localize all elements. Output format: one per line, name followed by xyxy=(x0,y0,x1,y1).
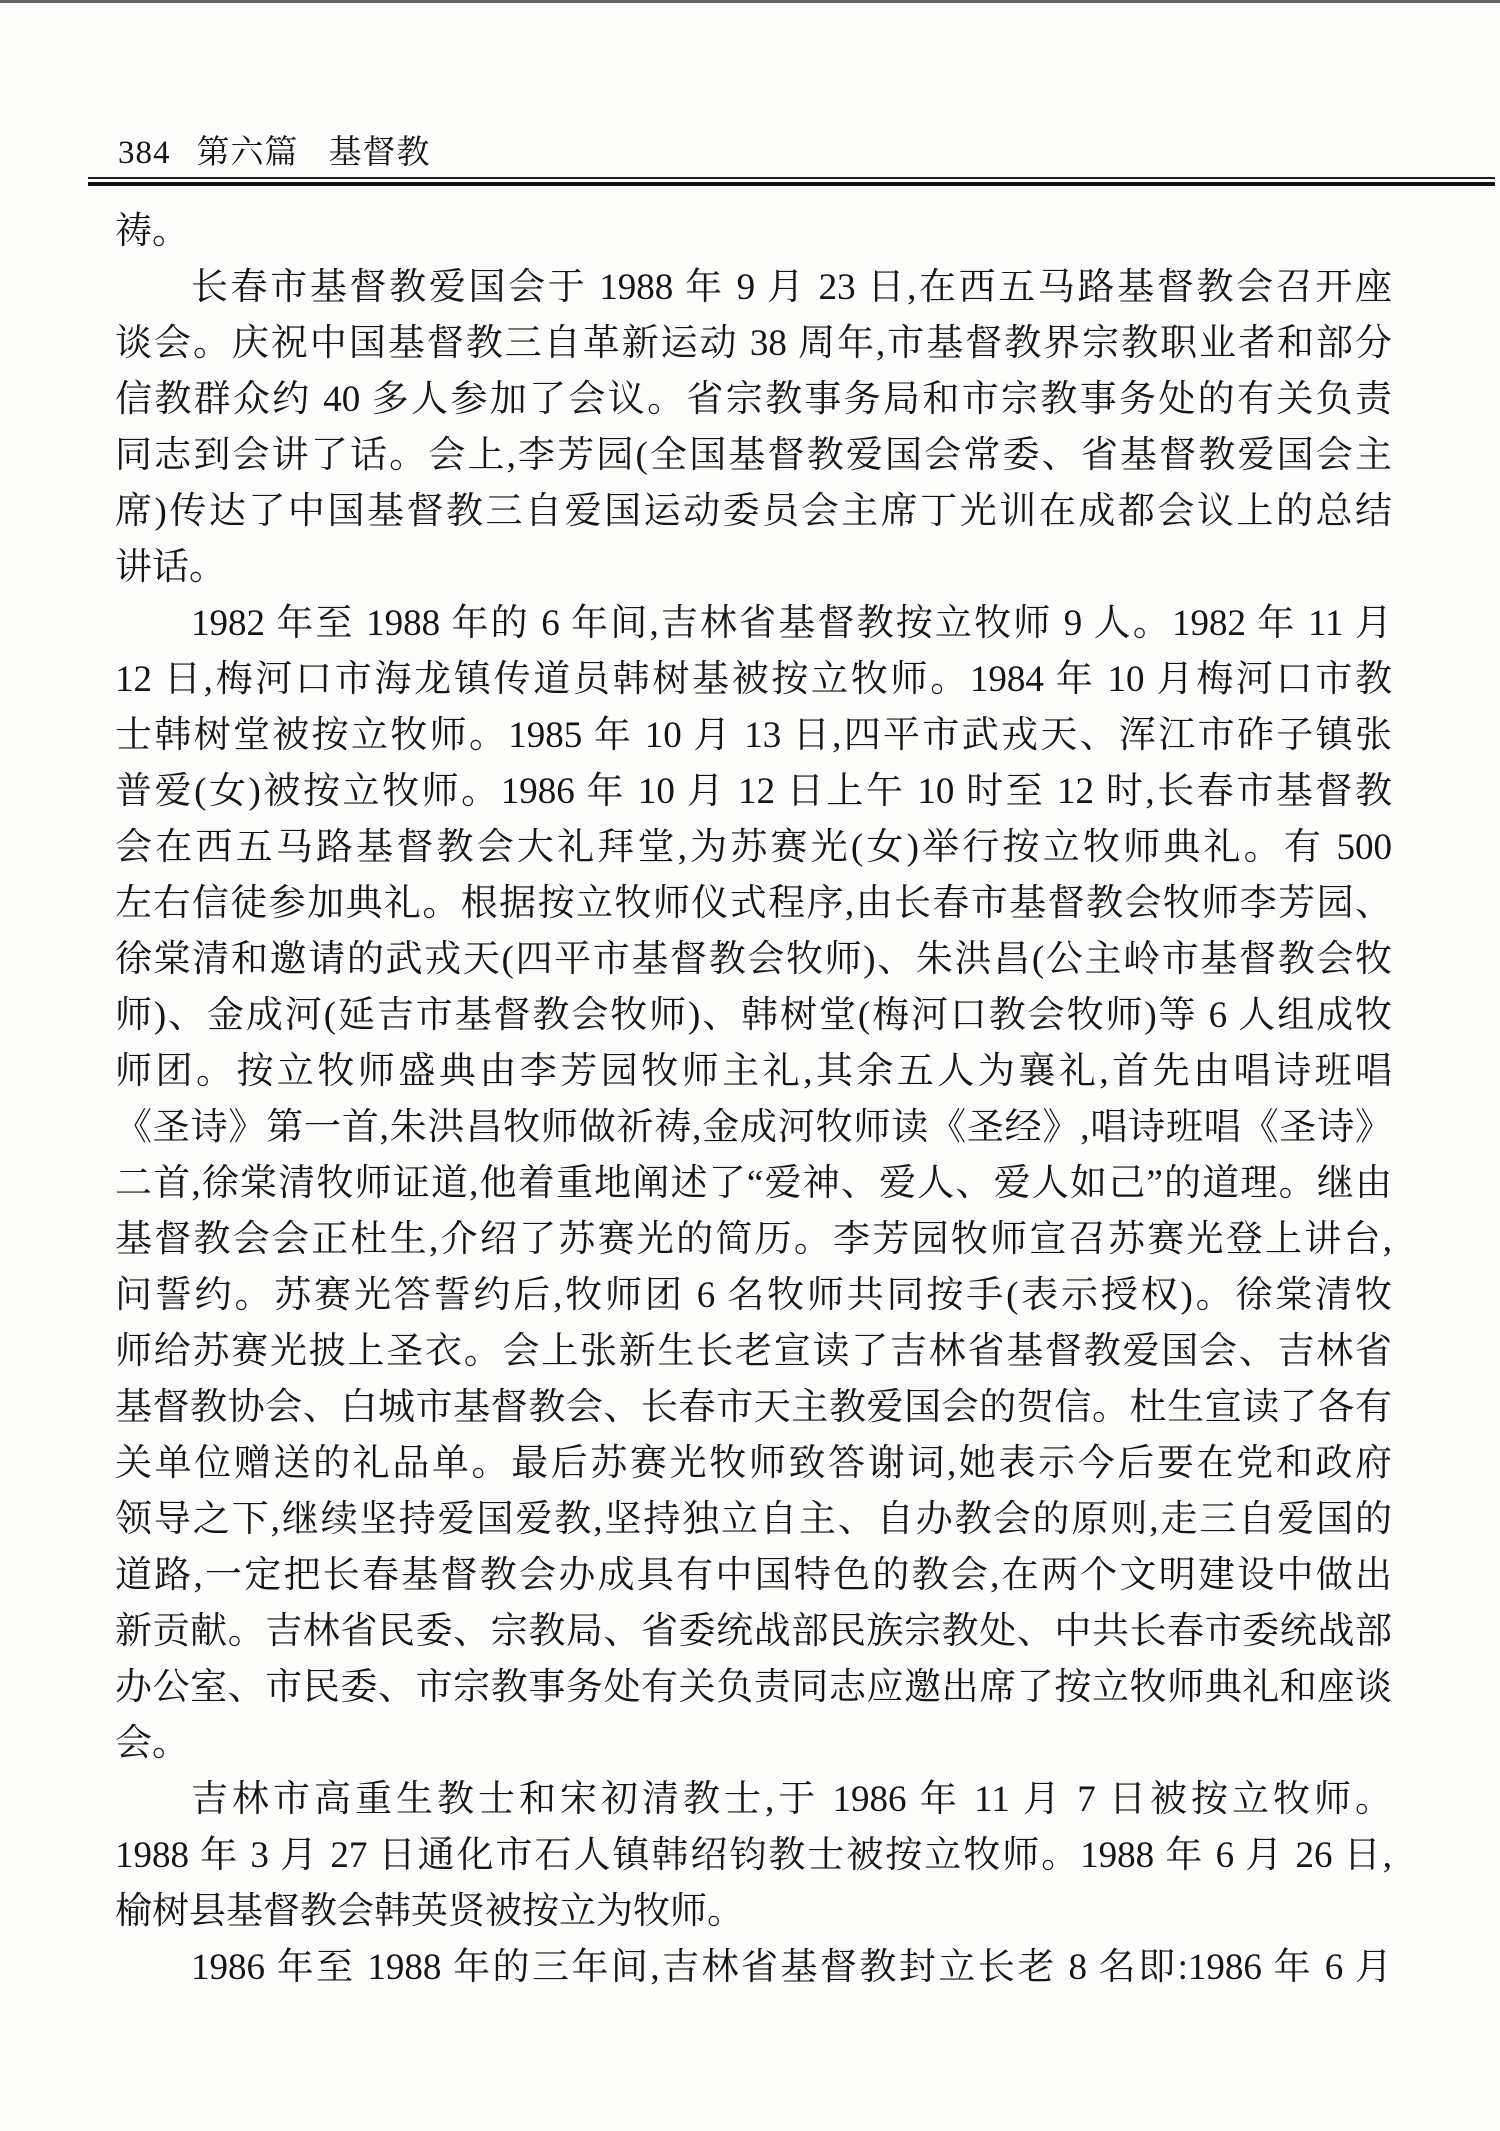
text-line: 祷。 xyxy=(115,204,1392,260)
text-line: 讲话。 xyxy=(115,540,1392,596)
text-line: 谈会。庆祝中国基督教三自革新运动 38 周年,市基督教界宗教职业者和部分 xyxy=(115,316,1392,372)
text-line: 二首,徐棠清牧师证道,他着重地阐述了“爱神、爱人、爱人如己”的道理。继由 xyxy=(115,1156,1392,1212)
text-line: 12 日,梅河口市海龙镇传道员韩树基被按立牧师。1984 年 10 月梅河口市教 xyxy=(115,652,1392,708)
section-title: 第六篇 xyxy=(197,126,299,173)
text-line: 信教群众约 40 多人参加了会议。省宗教事务局和市宗教事务处的有关负责 xyxy=(115,372,1392,428)
text-line: 问誓约。苏赛光答誓约后,牧师团 6 名牧师共同按手(表示授权)。徐棠清牧 xyxy=(115,1268,1392,1324)
header-double-rule xyxy=(88,177,1495,186)
text-line: 师团。按立牧师盛典由李芳园牧师主礼,其余五人为襄礼,首先由唱诗班唱 xyxy=(115,1044,1392,1100)
page-number: 384 xyxy=(118,135,171,172)
text-line: 基督教会会正杜生,介绍了苏赛光的简历。李芳园牧师宣召苏赛光登上讲台, xyxy=(115,1212,1392,1268)
text-line: 榆树县基督教会韩英贤被按立为牧师。 xyxy=(115,1884,1392,1940)
text-line: 席)传达了中国基督教三自爱国运动委员会主席丁光训在成都会议上的总结 xyxy=(115,484,1392,540)
text-line: 普爱(女)被按立牧师。1986 年 10 月 12 日上午 10 时至 12 时… xyxy=(115,764,1392,820)
text-line: 师给苏赛光披上圣衣。会上张新生长老宣读了吉林省基督教爱国会、吉林省 xyxy=(115,1324,1392,1380)
text-line: 左右信徒参加典礼。根据按立牧师仪式程序,由长春市基督教会牧师李芳园、 xyxy=(115,876,1392,932)
text-line: 1988 年 3 月 27 日通化市石人镇韩绍钧教士被按立牧师。1988 年 6… xyxy=(115,1828,1392,1884)
text-line: 士韩树堂被按立牧师。1985 年 10 月 13 日,四平市武戎天、浑江市砟子镇… xyxy=(115,708,1392,764)
text-line: 吉林市高重生教士和宋初清教士,于 1986 年 11 月 7 日被按立牧师。 xyxy=(115,1772,1392,1828)
chapter-title: 基督教 xyxy=(329,126,431,173)
header-rule-thin-line xyxy=(88,177,1495,179)
text-line: 办公室、市民委、市宗教事务处有关负责同志应邀出席了按立牧师典礼和座谈 xyxy=(115,1660,1392,1716)
text-line: 徐棠清和邀请的武戎天(四平市基督教会牧师)、朱洪昌(公主岭市基督教会牧 xyxy=(115,932,1392,988)
text-line: 《圣诗》第一首,朱洪昌牧师做祈祷,金成河牧师读《圣经》,唱诗班唱《圣诗》第 xyxy=(115,1100,1392,1156)
text-line: 师)、金成河(延吉市基督教会牧师)、韩树堂(梅河口教会牧师)等 6 人组成牧 xyxy=(115,988,1392,1044)
text-line: 新贡献。吉林省民委、宗教局、省委统战部民族宗教处、中共长春市委统战部 xyxy=(115,1604,1392,1660)
scanned-book-page: { "header": { "page_number": "384", "sec… xyxy=(0,0,1500,2131)
text-line: 关单位赠送的礼品单。最后苏赛光牧师致答谢词,她表示今后要在党和政府 xyxy=(115,1436,1392,1492)
text-line: 会。 xyxy=(115,1716,1392,1772)
body-text-block: 祷。长春市基督教爱国会于 1988 年 9 月 23 日,在西五马路基督教会召开… xyxy=(115,204,1392,1996)
text-line: 长春市基督教爱国会于 1988 年 9 月 23 日,在西五马路基督教会召开座 xyxy=(115,260,1392,316)
running-header: 384 第六篇 基督教 xyxy=(118,126,431,173)
scan-edge-artifact-line xyxy=(0,0,1500,3)
text-line: 同志到会讲了话。会上,李芳园(全国基督教爱国会常委、省基督教爱国会主 xyxy=(115,428,1392,484)
text-line: 1982 年至 1988 年的 6 年间,吉林省基督教按立牧师 9 人。1982… xyxy=(115,596,1392,652)
header-rule-thick-line xyxy=(88,182,1495,186)
text-line: 基督教协会、白城市基督教会、长春市天主教爱国会的贺信。杜生宣读了各有 xyxy=(115,1380,1392,1436)
text-line: 道路,一定把长春基督教会办成具有中国特色的教会,在两个文明建设中做出 xyxy=(115,1548,1392,1604)
text-line: 领导之下,继续坚持爱国爱教,坚持独立自主、自办教会的原则,走三自爱国的 xyxy=(115,1492,1392,1548)
text-line: 会在西五马路基督教会大礼拜堂,为苏赛光(女)举行按立牧师典礼。有 500 xyxy=(115,820,1392,876)
text-line: 1986 年至 1988 年的三年间,吉林省基督教封立长老 8 名即:1986 … xyxy=(115,1940,1392,1996)
